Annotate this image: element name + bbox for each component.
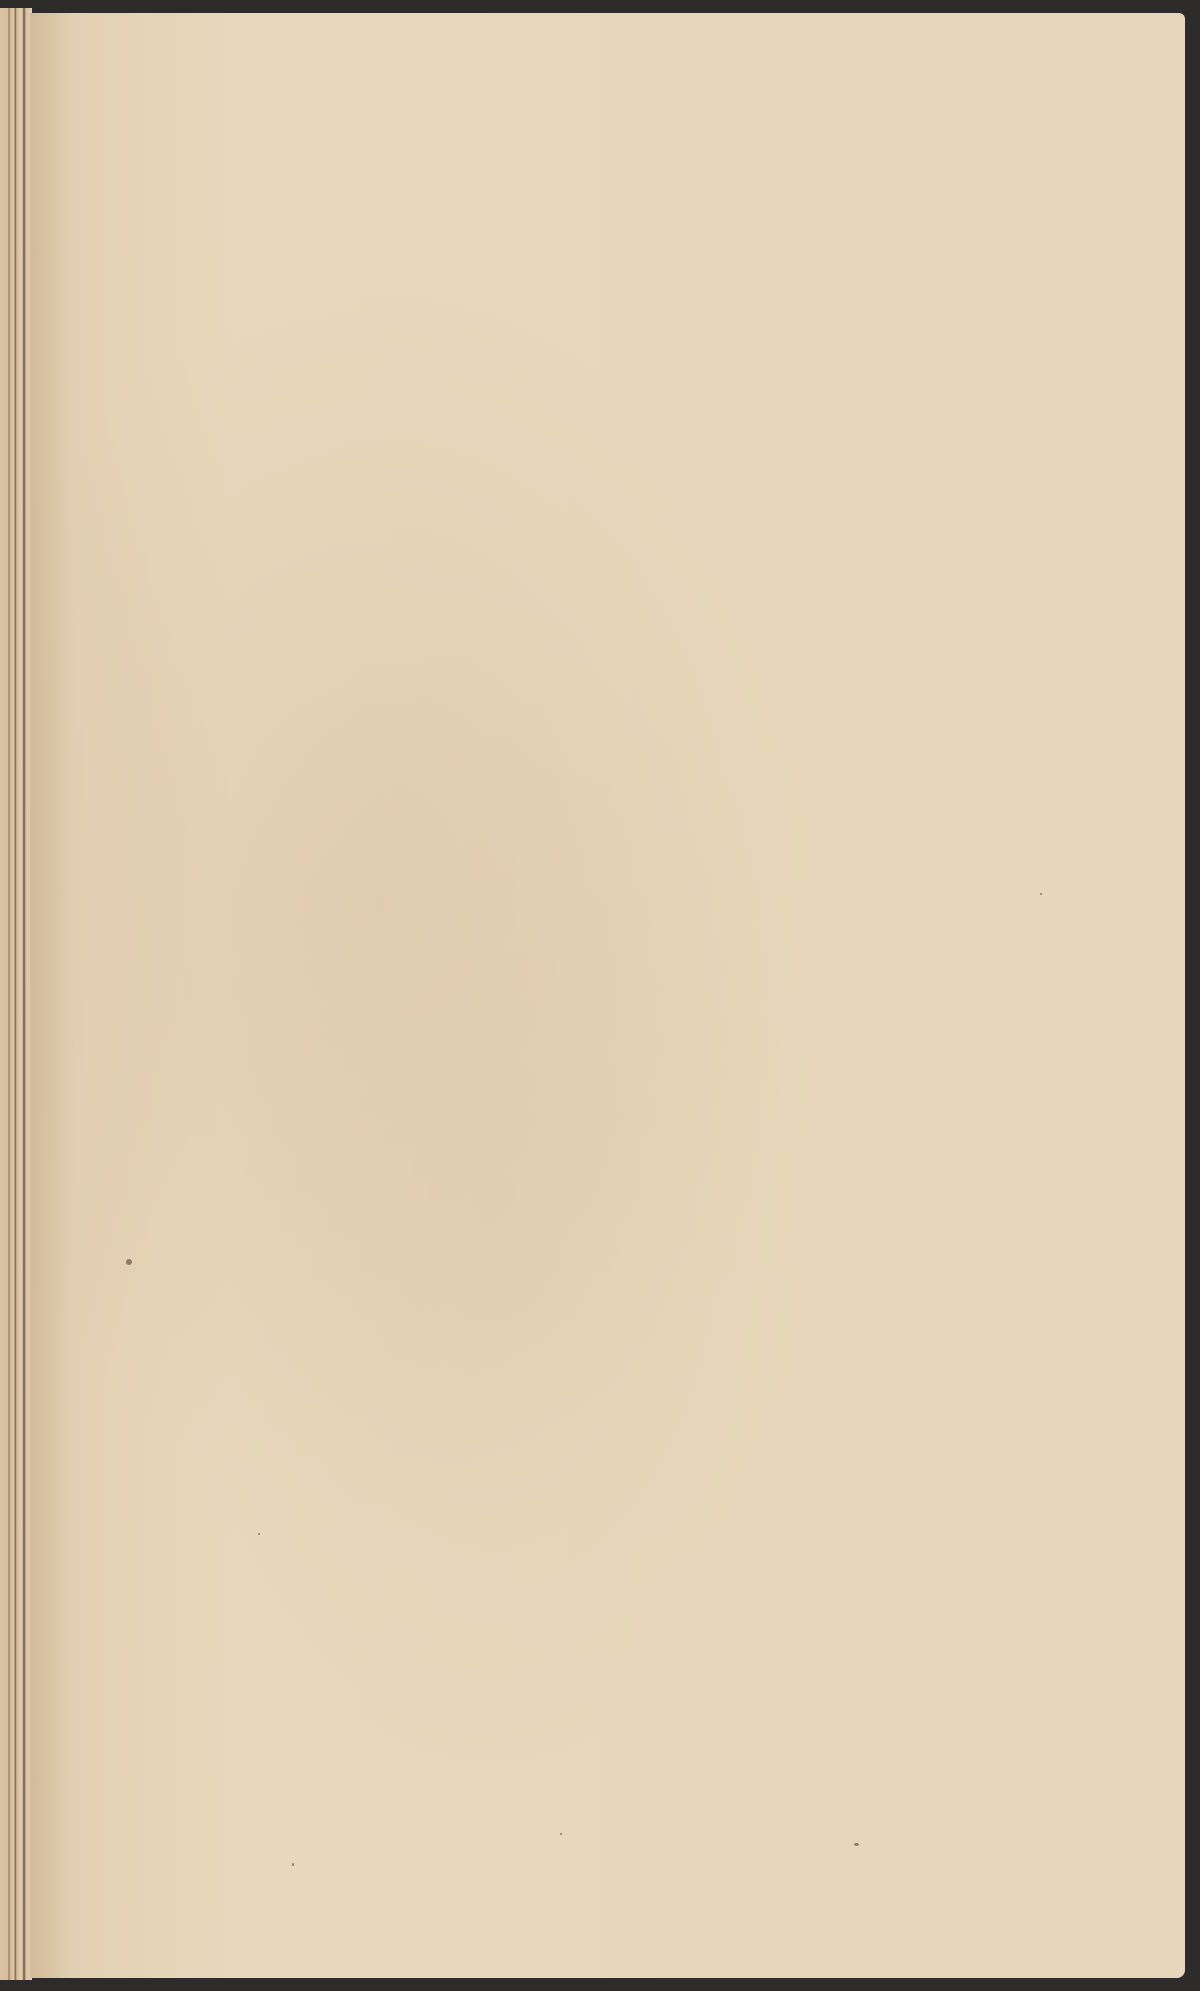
paper-speck bbox=[258, 1533, 260, 1535]
paper-speck bbox=[1040, 893, 1042, 895]
scan-background bbox=[0, 0, 1200, 1991]
blank-page bbox=[30, 13, 1185, 1978]
paper-speck bbox=[126, 1259, 132, 1265]
gutter-shadow bbox=[30, 13, 75, 1978]
paper-speck bbox=[854, 1843, 859, 1846]
paper-speck bbox=[292, 1863, 294, 1866]
stacked-page-edges bbox=[0, 8, 32, 1980]
paper-speck bbox=[560, 1833, 562, 1835]
